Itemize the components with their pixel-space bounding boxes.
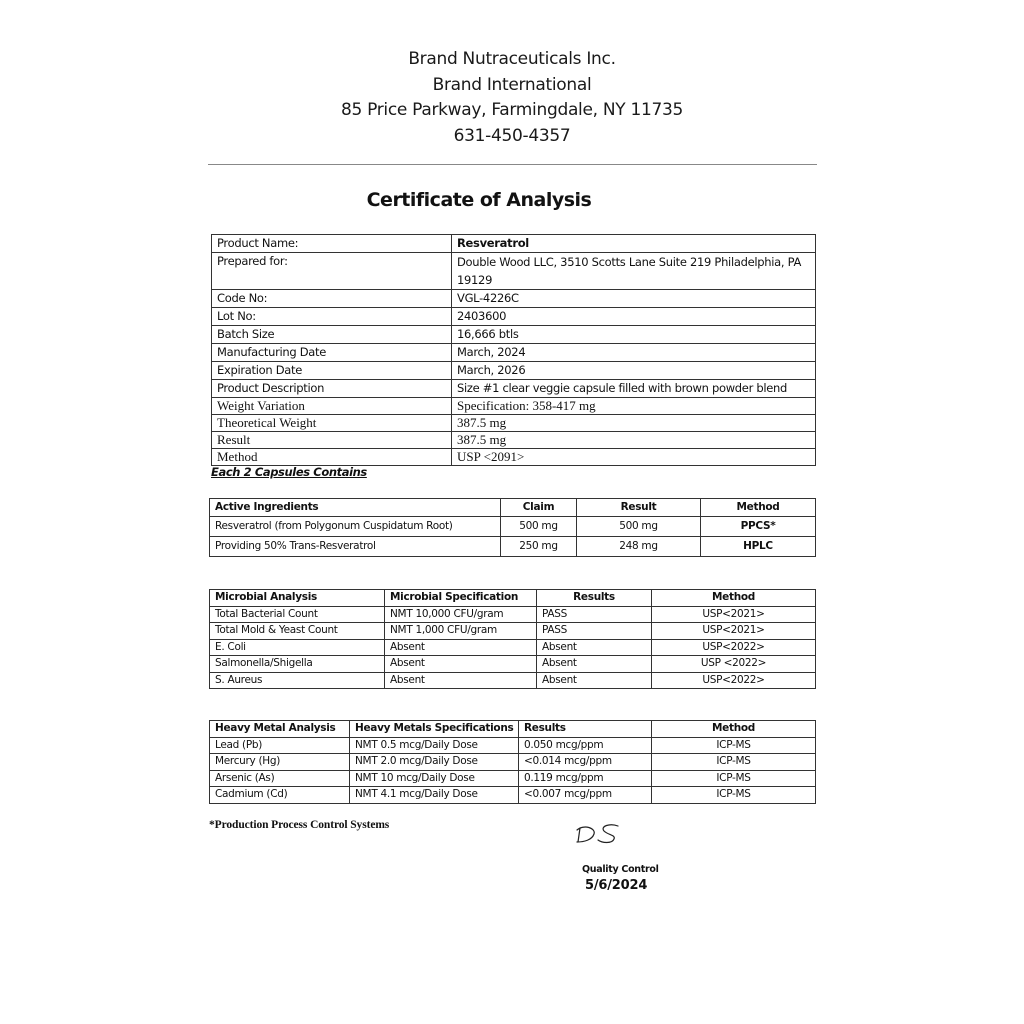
table-row: Salmonella/Shigella Absent Absent USP <2… xyxy=(210,656,816,673)
method-label: Method xyxy=(212,449,452,466)
metal-name: Lead (Pb) xyxy=(210,737,350,754)
prepared-for-label: Prepared for: xyxy=(212,253,452,290)
company-division: Brand International xyxy=(0,73,1024,99)
table-row: Weight Variation Specification: 358-417 … xyxy=(212,398,816,415)
microbial-result: Absent xyxy=(537,656,652,673)
table-header-row: Active Ingredients Claim Result Method xyxy=(210,499,816,517)
table-row: Product Description Size #1 clear veggie… xyxy=(212,380,816,398)
result-label: Result xyxy=(212,432,452,449)
column-header: Result xyxy=(577,499,701,517)
metal-method: ICP-MS xyxy=(652,754,816,771)
batch-size-value: 16,666 btls xyxy=(452,326,816,344)
metal-method: ICP-MS xyxy=(652,787,816,804)
metal-spec: NMT 10 mcg/Daily Dose xyxy=(350,770,519,787)
table-header-row: Heavy Metal Analysis Heavy Metals Specif… xyxy=(210,721,816,738)
table-row: Cadmium (Cd) NMT 4.1 mcg/Daily Dose <0.0… xyxy=(210,787,816,804)
column-header: Method xyxy=(652,590,816,607)
metal-spec: NMT 4.1 mcg/Daily Dose xyxy=(350,787,519,804)
microbial-result: Absent xyxy=(537,672,652,689)
manufacturing-date-value: March, 2024 xyxy=(452,344,816,362)
microbial-result: Absent xyxy=(537,639,652,656)
ingredient-claim: 500 mg xyxy=(501,517,577,537)
table-row: Arsenic (As) NMT 10 mcg/Daily Dose 0.119… xyxy=(210,770,816,787)
table-row: Providing 50% Trans-Resveratrol 250 mg 2… xyxy=(210,537,816,557)
table-row: Result 387.5 mg xyxy=(212,432,816,449)
footnote: *Production Process Control Systems xyxy=(209,819,389,831)
column-header: Microbial Analysis xyxy=(210,590,385,607)
microbial-result: PASS xyxy=(537,606,652,623)
metal-method: ICP-MS xyxy=(652,770,816,787)
metal-name: Mercury (Hg) xyxy=(210,754,350,771)
microbial-method: USP<2021> xyxy=(652,606,816,623)
table-row: Lot No: 2403600 xyxy=(212,308,816,326)
table-row: Theoretical Weight 387.5 mg xyxy=(212,415,816,432)
company-header: Brand Nutraceuticals Inc. Brand Internat… xyxy=(0,47,1024,149)
company-address: 85 Price Parkway, Farmingdale, NY 11735 xyxy=(0,98,1024,124)
microbial-method: USP <2022> xyxy=(652,656,816,673)
manufacturing-date-label: Manufacturing Date xyxy=(212,344,452,362)
column-header: Claim xyxy=(501,499,577,517)
metal-spec: NMT 0.5 mcg/Daily Dose xyxy=(350,737,519,754)
prepared-for-value: Double Wood LLC, 3510 Scotts Lane Suite … xyxy=(452,253,816,290)
microbial-spec: Absent xyxy=(385,672,537,689)
code-no-value: VGL-4226C xyxy=(452,290,816,308)
metal-result: 0.050 mcg/ppm xyxy=(519,737,652,754)
table-row: S. Aureus Absent Absent USP<2022> xyxy=(210,672,816,689)
table-row: E. Coli Absent Absent USP<2022> xyxy=(210,639,816,656)
microbial-test: S. Aureus xyxy=(210,672,385,689)
microbial-method: USP<2021> xyxy=(652,623,816,640)
theoretical-weight-label: Theoretical Weight xyxy=(212,415,452,432)
microbial-spec: NMT 1,000 CFU/gram xyxy=(385,623,537,640)
microbial-spec: Absent xyxy=(385,656,537,673)
metal-result: <0.014 mcg/ppm xyxy=(519,754,652,771)
code-no-label: Code No: xyxy=(212,290,452,308)
active-ingredients-table: Active Ingredients Claim Result Method R… xyxy=(209,498,816,557)
quality-control-date: 5/6/2024 xyxy=(585,878,647,893)
microbial-test: E. Coli xyxy=(210,639,385,656)
ingredient-method: HPLC xyxy=(701,537,816,557)
ingredient-claim: 250 mg xyxy=(501,537,577,557)
table-row: Lead (Pb) NMT 0.5 mcg/Daily Dose 0.050 m… xyxy=(210,737,816,754)
result-value: 387.5 mg xyxy=(452,432,816,449)
batch-size-label: Batch Size xyxy=(212,326,452,344)
table-row: Mercury (Hg) NMT 2.0 mcg/Daily Dose <0.0… xyxy=(210,754,816,771)
table-row: Manufacturing Date March, 2024 xyxy=(212,344,816,362)
table-row: Resveratrol (from Polygonum Cuspidatum R… xyxy=(210,517,816,537)
expiration-date-value: March, 2026 xyxy=(452,362,816,380)
ingredient-result: 500 mg xyxy=(577,517,701,537)
table-row: Total Bacterial Count NMT 10,000 CFU/gra… xyxy=(210,606,816,623)
quality-control-label: Quality Control xyxy=(582,864,659,875)
signature-mark xyxy=(574,820,624,848)
column-header: Method xyxy=(701,499,816,517)
column-header: Results xyxy=(537,590,652,607)
microbial-spec: Absent xyxy=(385,639,537,656)
table-row: Expiration Date March, 2026 xyxy=(212,362,816,380)
product-description-value: Size #1 clear veggie capsule filled with… xyxy=(452,380,816,398)
metal-result: <0.007 mcg/ppm xyxy=(519,787,652,804)
table-row: Total Mold & Yeast Count NMT 1,000 CFU/g… xyxy=(210,623,816,640)
expiration-date-label: Expiration Date xyxy=(212,362,452,380)
column-header: Active Ingredients xyxy=(210,499,501,517)
product-description-label: Product Description xyxy=(212,380,452,398)
metal-method: ICP-MS xyxy=(652,737,816,754)
weight-variation-label: Weight Variation xyxy=(212,398,452,415)
table-row: Product Name: Resveratrol xyxy=(212,235,816,253)
theoretical-weight-value: 387.5 mg xyxy=(452,415,816,432)
microbial-test: Salmonella/Shigella xyxy=(210,656,385,673)
method-value: USP <2091> xyxy=(452,449,816,466)
lot-no-label: Lot No: xyxy=(212,308,452,326)
column-header: Heavy Metal Analysis xyxy=(210,721,350,738)
metal-result: 0.119 mcg/ppm xyxy=(519,770,652,787)
ingredient-name: Resveratrol (from Polygonum Cuspidatum R… xyxy=(210,517,501,537)
weight-variation-value: Specification: 358-417 mg xyxy=(452,398,816,415)
microbial-analysis-table: Microbial Analysis Microbial Specificati… xyxy=(209,589,816,689)
metal-name: Arsenic (As) xyxy=(210,770,350,787)
ingredient-result: 248 mg xyxy=(577,537,701,557)
lot-no-value: 2403600 xyxy=(452,308,816,326)
product-name-label: Product Name: xyxy=(212,235,452,253)
microbial-method: USP<2022> xyxy=(652,639,816,656)
serving-heading: Each 2 Capsules Contains xyxy=(211,465,367,479)
metal-name: Cadmium (Cd) xyxy=(210,787,350,804)
column-header: Method xyxy=(652,721,816,738)
company-name: Brand Nutraceuticals Inc. xyxy=(0,47,1024,73)
microbial-method: USP<2022> xyxy=(652,672,816,689)
microbial-test: Total Bacterial Count xyxy=(210,606,385,623)
table-header-row: Microbial Analysis Microbial Specificati… xyxy=(210,590,816,607)
table-row: Method USP <2091> xyxy=(212,449,816,466)
metal-spec: NMT 2.0 mcg/Daily Dose xyxy=(350,754,519,771)
microbial-test: Total Mold & Yeast Count xyxy=(210,623,385,640)
ingredient-name: Providing 50% Trans-Resveratrol xyxy=(210,537,501,557)
microbial-spec: NMT 10,000 CFU/gram xyxy=(385,606,537,623)
column-header: Results xyxy=(519,721,652,738)
column-header: Heavy Metals Specifications xyxy=(350,721,519,738)
table-row: Batch Size 16,666 btls xyxy=(212,326,816,344)
table-row: Code No: VGL-4226C xyxy=(212,290,816,308)
table-row: Prepared for: Double Wood LLC, 3510 Scot… xyxy=(212,253,816,290)
product-name-value: Resveratrol xyxy=(452,235,816,253)
heavy-metal-analysis-table: Heavy Metal Analysis Heavy Metals Specif… xyxy=(209,720,816,804)
column-header: Microbial Specification xyxy=(385,590,537,607)
header-divider xyxy=(208,164,817,165)
ingredient-method: PPCS* xyxy=(701,517,816,537)
product-info-table: Product Name: Resveratrol Prepared for: … xyxy=(211,234,816,466)
company-phone: 631-450-4357 xyxy=(0,124,1024,150)
document-title: Certificate of Analysis xyxy=(0,189,958,211)
microbial-result: PASS xyxy=(537,623,652,640)
